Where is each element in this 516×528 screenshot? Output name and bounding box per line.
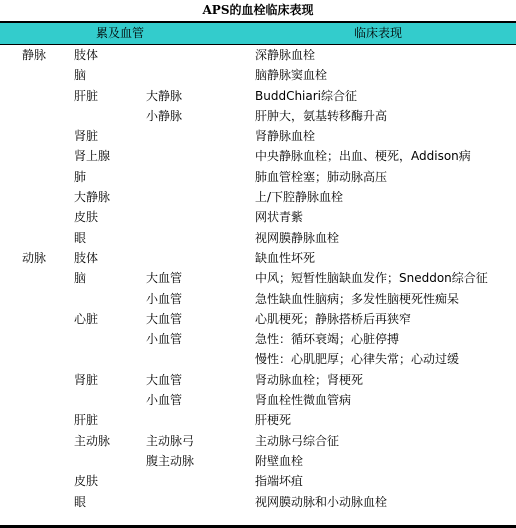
- table-row: 小血管急性：循环衰竭；心脏停搏: [0, 329, 516, 349]
- table-row: 动脉肢体缺血性坏死: [0, 248, 516, 268]
- table-row: 皮肤网状青紫: [0, 207, 516, 227]
- manifestation-cell: 主动脉弓综合征: [255, 431, 339, 451]
- table-row: 慢性：心肌肥厚；心律失常；心动过缓: [0, 349, 516, 369]
- table-row: 肺肺血管栓塞；肺动脉高压: [0, 167, 516, 187]
- table-row: 小静脉肝肿大，氨基转移酶升高: [0, 106, 516, 126]
- manifestation-cell: 视网膜动脉和小动脉血栓: [255, 492, 387, 512]
- table-header: 累及血管 临床表现: [0, 21, 516, 45]
- vessel-cell: 小血管: [146, 329, 182, 349]
- manifestation-cell: 视网膜静脉血栓: [255, 228, 339, 248]
- organ-cell: 肢体: [74, 248, 98, 268]
- aps-thrombosis-table: 累及血管 临床表现 静脉肢体深静脉血栓脑脑静脉窦血栓肝脏大静脉BuddChiar…: [0, 21, 516, 512]
- manifestation-cell: 肺血管栓塞；肺动脉高压: [255, 167, 387, 187]
- manifestation-cell: 心肌梗死；静脉搭桥后再狭窄: [255, 309, 411, 329]
- manifestation-cell: 肝肿大，氨基转移酶升高: [255, 106, 387, 126]
- manifestation-cell: BuddChiari综合征: [255, 86, 357, 106]
- organ-cell: 大静脉: [74, 187, 110, 207]
- table-row: 脑大血管中风；短暂性脑缺血发作；Sneddon综合征: [0, 268, 516, 288]
- organ-cell: 肺: [74, 167, 86, 187]
- manifestation-cell: 中风；短暂性脑缺血发作；Sneddon综合征: [255, 268, 488, 288]
- table-row: 眼视网膜动脉和小动脉血栓: [0, 492, 516, 512]
- organ-cell: 主动脉: [74, 431, 110, 451]
- table-row: 眼视网膜静脉血栓: [0, 228, 516, 248]
- table-row: 大静脉上/下腔静脉血栓: [0, 187, 516, 207]
- manifestation-cell: 指端坏疽: [255, 471, 303, 491]
- vessel-cell: 大血管: [146, 370, 182, 390]
- vessel-cell: 大血管: [146, 268, 182, 288]
- header-clinical-manifestations: 临床表现: [240, 23, 516, 44]
- table-row: 肝脏肝梗死: [0, 410, 516, 430]
- table-row: 腹主动脉附壁血栓: [0, 451, 516, 471]
- organ-cell: 肢体: [74, 45, 98, 65]
- table-row: 肾脏肾静脉血栓: [0, 126, 516, 146]
- manifestation-cell: 脑静脉窦血栓: [255, 65, 327, 85]
- organ-cell: 皮肤: [74, 207, 98, 227]
- manifestation-cell: 急性：循环衰竭；心脏停搏: [255, 329, 399, 349]
- vessel-cell: 小血管: [146, 289, 182, 309]
- vessel-type-cell: 静脉: [22, 45, 46, 65]
- organ-cell: 肝脏: [74, 86, 98, 106]
- vessel-type-cell: 动脉: [22, 248, 46, 268]
- organ-cell: 肾脏: [74, 370, 98, 390]
- organ-cell: 皮肤: [74, 471, 98, 491]
- manifestation-cell: 肾静脉血栓: [255, 126, 315, 146]
- table-body: 静脉肢体深静脉血栓脑脑静脉窦血栓肝脏大静脉BuddChiari综合征小静脉肝肿大…: [0, 45, 516, 512]
- vessel-cell: 小血管: [146, 390, 182, 410]
- manifestation-cell: 肝梗死: [255, 410, 291, 430]
- table-row: 肾脏大血管肾动脉血栓；肾梗死: [0, 370, 516, 390]
- table-row: 皮肤指端坏疽: [0, 471, 516, 491]
- table-row: 脑脑静脉窦血栓: [0, 65, 516, 85]
- vessel-cell: 腹主动脉: [146, 451, 194, 471]
- table-row: 心脏大血管心肌梗死；静脉搭桥后再狭窄: [0, 309, 516, 329]
- header-involved-vessels: 累及血管: [0, 23, 240, 44]
- manifestation-cell: 网状青紫: [255, 207, 303, 227]
- organ-cell: 眼: [74, 492, 86, 512]
- vessel-cell: 大静脉: [146, 86, 182, 106]
- manifestation-cell: 急性缺血性脑病；多发性脑梗死性痴呆: [255, 289, 459, 309]
- manifestation-cell: 缺血性坏死: [255, 248, 315, 268]
- table-title: APS的血栓临床表现: [0, 0, 516, 20]
- vessel-cell: 主动脉弓: [146, 431, 194, 451]
- table-row: 小血管肾血栓性微血管病: [0, 390, 516, 410]
- table-row: 肝脏大静脉BuddChiari综合征: [0, 86, 516, 106]
- manifestation-cell: 慢性：心肌肥厚；心律失常；心动过缓: [255, 349, 459, 369]
- organ-cell: 脑: [74, 65, 86, 85]
- vessel-cell: 小静脉: [146, 106, 182, 126]
- organ-cell: 肝脏: [74, 410, 98, 430]
- vessel-cell: 大血管: [146, 309, 182, 329]
- table-row: 小血管急性缺血性脑病；多发性脑梗死性痴呆: [0, 289, 516, 309]
- manifestation-cell: 附壁血栓: [255, 451, 303, 471]
- table-row: 肾上腺中央静脉血栓；出血、梗死，Addison病: [0, 146, 516, 166]
- table-row: 主动脉主动脉弓主动脉弓综合征: [0, 431, 516, 451]
- table-row: 静脉肢体深静脉血栓: [0, 45, 516, 65]
- organ-cell: 肾上腺: [74, 146, 110, 166]
- manifestation-cell: 中央静脉血栓；出血、梗死，Addison病: [255, 146, 471, 166]
- manifestation-cell: 肾动脉血栓；肾梗死: [255, 370, 363, 390]
- organ-cell: 眼: [74, 228, 86, 248]
- manifestation-cell: 肾血栓性微血管病: [255, 390, 351, 410]
- manifestation-cell: 上/下腔静脉血栓: [255, 187, 343, 207]
- organ-cell: 心脏: [74, 309, 98, 329]
- organ-cell: 肾脏: [74, 126, 98, 146]
- organ-cell: 脑: [74, 268, 86, 288]
- manifestation-cell: 深静脉血栓: [255, 45, 315, 65]
